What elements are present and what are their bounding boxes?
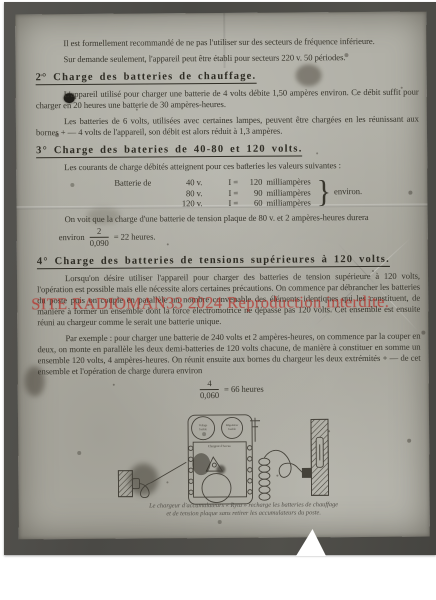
fuse-left-label: Voltage [199, 424, 208, 427]
current-unit: milliampères [266, 197, 310, 208]
current-unit: milliampères [266, 176, 310, 187]
voltage-cell: 80 v. [168, 188, 202, 199]
table-brace: } [317, 186, 331, 198]
section-4-heading: 4° Charge des batteries de tensions supé… [37, 253, 420, 267]
section-3-heading: 3° Charge des bateries de 40-80 et 120 v… [36, 143, 419, 157]
wall-outlet-right-icon [311, 419, 329, 495]
section-3-intro: Les courants de charge débités atteignen… [36, 160, 419, 174]
current-value: 120 [244, 177, 262, 188]
current-prefix: I = [228, 187, 244, 198]
resistor-coil-icon [259, 458, 270, 500]
battery-current-table: Batterie de 40 v. I = 120 milliampères 8… [114, 176, 419, 210]
power-plug-right-icon [302, 468, 311, 477]
table-row: 120 v. I = 60 milliampères [114, 197, 310, 209]
table-row-label [114, 188, 168, 199]
section-2-paragraph-2: Les batteries de 6 volts, utilisées avec… [36, 114, 419, 139]
current-value: 60 [244, 198, 262, 209]
fraction-result: = 66 heures [224, 384, 264, 395]
switch-symbol-icon [250, 418, 260, 442]
meter-circle [202, 473, 231, 502]
voltage-cell: 120 v. [168, 198, 202, 209]
cable-left [139, 462, 186, 497]
current-prefix: I = [228, 177, 244, 188]
fuse-right-label: Régulateur [226, 424, 238, 427]
duration-66h: 4 0,060 = 66 heures [38, 377, 421, 402]
intro-paragraph-2: Sur demande seulement, l'appareil peut ê… [35, 52, 418, 66]
fuse-right-label: fusible [228, 428, 236, 431]
watermark-text: SITE RADIOMAN33 2024 Reproduction interd… [31, 292, 431, 315]
cable-right [264, 450, 302, 477]
device-label: Chargeur d'Accus [208, 444, 232, 448]
section-2-heading-text: 2° Charge des batteries de chauffage. [36, 71, 257, 86]
table-note: environ. [334, 186, 362, 197]
section-2-heading: 2° Charge des batteries de chauffage. [36, 70, 419, 84]
current-prefix: I = [228, 198, 244, 209]
duration-22h: environ 2 0,090 = 22 heures. [59, 224, 420, 249]
section-4-paragraph-2: Par exemple : pour charger une batterie … [37, 330, 420, 377]
section-2-paragraph-1: L'appareil utilisé pour charger une batt… [36, 87, 419, 112]
fraction-denominator: 0,060 [200, 390, 219, 401]
voltage-cell: 40 v. [168, 177, 202, 188]
table-rows: Batterie de 40 v. I = 120 milliampères 8… [114, 176, 310, 209]
power-plug-left-icon [132, 479, 139, 489]
current-unit: milliampères [266, 187, 310, 198]
fraction-result: = 22 heures. [114, 231, 156, 242]
section-4-heading-text: 4° Charge des batteries de tensions supé… [37, 253, 390, 268]
table-row-label [114, 198, 168, 209]
intro-paragraph-1: Il est formellement recommandé de ne pas… [35, 36, 418, 50]
charger-diagram: Voltage fusible Régulateur fusible Charg… [113, 411, 376, 509]
fraction-denominator: 0,090 [90, 238, 109, 249]
fraction-numerator: 2 [90, 226, 109, 238]
section-3-heading-text: 3° Charge des bateries de 40-80 et 120 v… [36, 143, 302, 158]
wall-left-icon [118, 471, 132, 497]
fraction-numerator: 4 [200, 379, 219, 391]
paper-page: Il est formellement recommandé de ne pas… [15, 12, 430, 540]
diagram-caption: Le chargeur d'accumulateurs « Ryta » rec… [119, 501, 369, 518]
fuse-left-label: fusible [199, 428, 207, 431]
table-row-label: Batterie de [114, 177, 168, 188]
stain [192, 453, 210, 475]
fraction: 4 0,060 [200, 379, 219, 401]
fraction: 2 0,090 [90, 226, 109, 248]
current-value: 90 [244, 187, 262, 198]
scanned-photo-frame: Il est formellement recommandé de ne pas… [4, 2, 436, 555]
fraction-prefix: environ [59, 232, 85, 243]
section-3-conclusion: On voit que la charge d'une batterie de … [37, 211, 420, 225]
